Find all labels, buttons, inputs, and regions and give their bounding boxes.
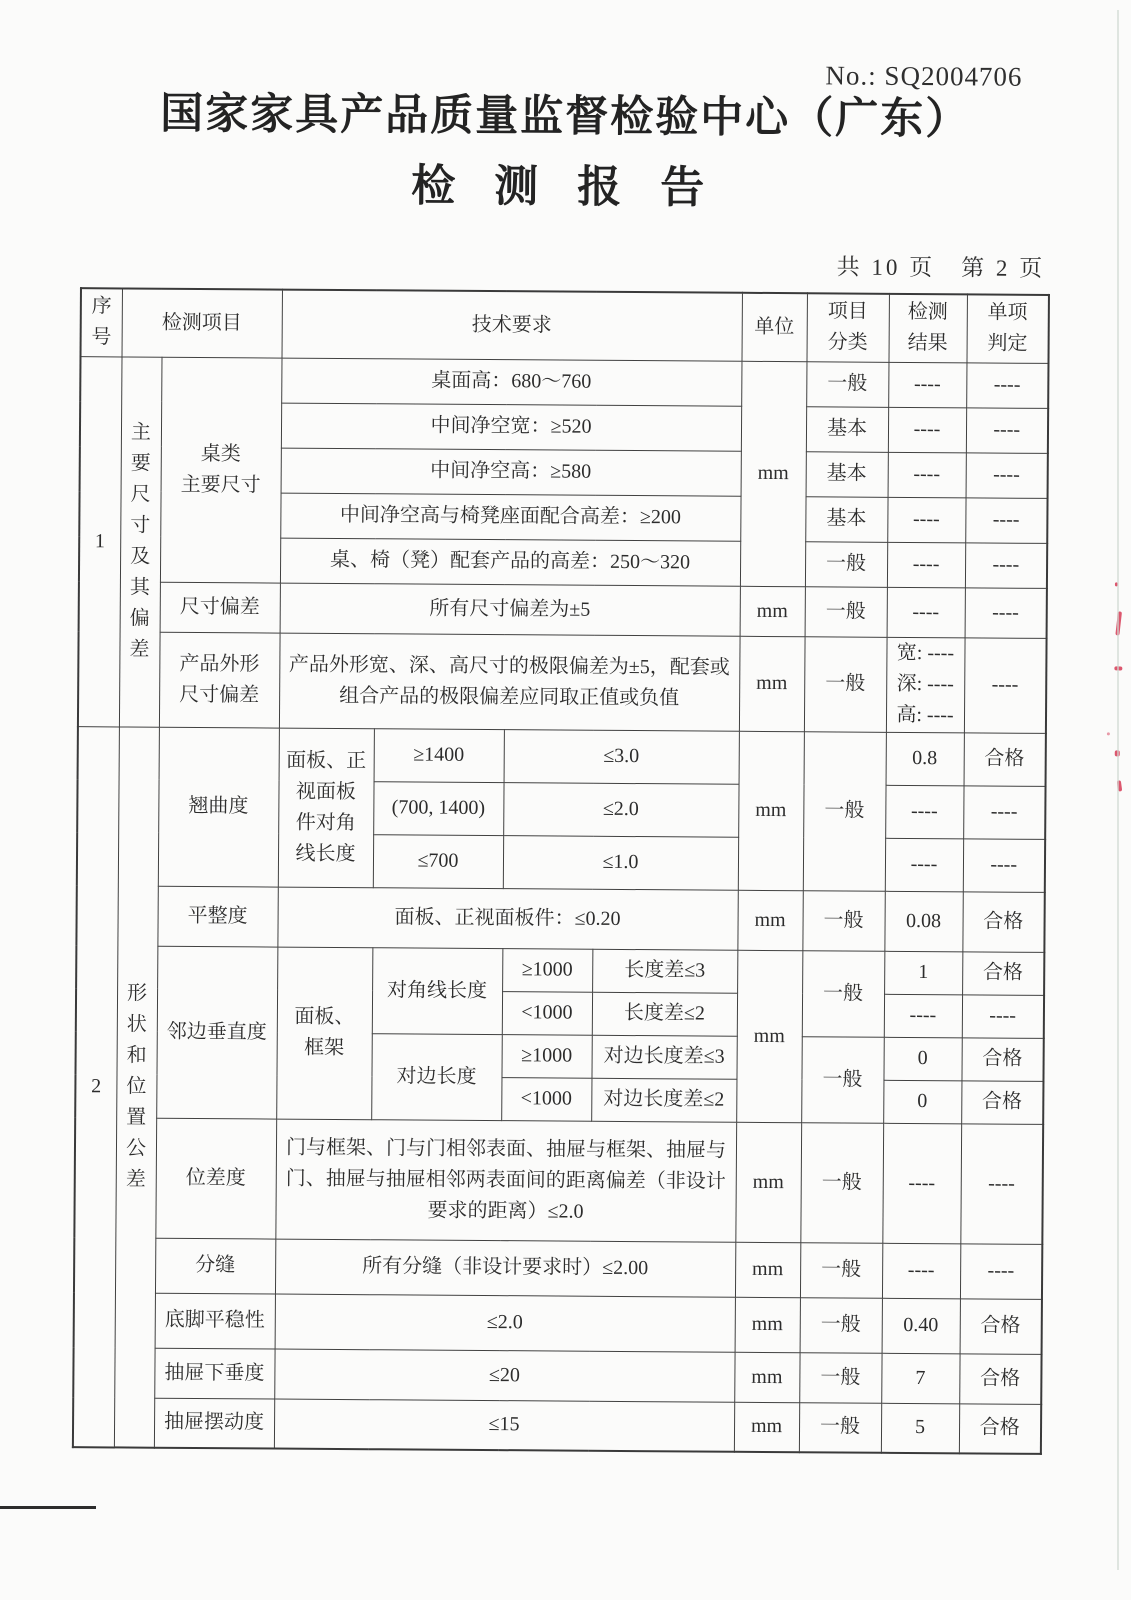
verdict-cell: ---- <box>962 994 1044 1038</box>
sub-label: 面板、 框架 <box>276 947 372 1120</box>
unit-cell: mm <box>737 890 802 950</box>
req-text: 所有尺寸偏差为±5 <box>280 583 740 636</box>
header-req: 技术要求 <box>282 290 742 361</box>
result-cell: ---- <box>888 407 966 453</box>
result-cell: 0.08 <box>884 891 962 952</box>
req-text: 产品外形宽、深、高尺寸的极限偏差为±5，配套或 组合产品的极限偏差应同取正值或负… <box>279 633 740 731</box>
unit-cell: mm <box>735 1122 801 1242</box>
verdict-cell: ---- <box>966 407 1048 453</box>
result-cell: 1 <box>884 951 962 995</box>
item-label: 底脚平稳性 <box>155 1293 275 1349</box>
table-header-row: 序 号 检测项目 技术要求 单位 项目 分类 检测 结果 单项 判定 <box>81 288 1049 363</box>
verdict-cell: ---- <box>960 1123 1043 1244</box>
header-result: 检测 结果 <box>888 294 966 363</box>
class-cell: 一般 <box>800 1297 882 1353</box>
verdict-cell: ---- <box>965 542 1047 588</box>
req-range: ≥1400 <box>374 728 504 782</box>
item-label: 邻边垂直度 <box>156 946 277 1119</box>
class-cell: 一般 <box>801 1036 884 1123</box>
req-text: ≤15 <box>274 1399 734 1452</box>
verdict-cell: ---- <box>966 452 1048 498</box>
table-row: 2 形 状 和 位 置 公 差 翘曲度 面板、正 视面板 件对角 线长度 ≥14… <box>78 726 1046 786</box>
class-cell: 一般 <box>804 636 887 732</box>
page-info: 共 10 页 第 2 页 <box>837 248 1046 282</box>
item-label: 抽屉摆动度 <box>154 1398 274 1449</box>
req-range: <1000 <box>501 1077 591 1121</box>
verdict-cell: ---- <box>965 587 1047 638</box>
item-label: 位差度 <box>155 1118 276 1239</box>
req-limit: 对边长度差≤2 <box>591 1078 736 1122</box>
red-pen-mark <box>1107 732 1110 735</box>
table-row: 产品外形 尺寸偏差 产品外形宽、深、高尺寸的极限偏差为±5，配套或 组合产品的极… <box>78 631 1047 733</box>
req-range: ≥1000 <box>501 1034 591 1078</box>
class-cell: 一般 <box>799 1352 881 1403</box>
result-cell: ---- <box>888 452 966 498</box>
category-label: 形 状 和 位 置 公 差 <box>114 726 159 1447</box>
verdict-cell: ---- <box>964 637 1047 733</box>
req-text: 面板、正视面板件：≤0.20 <box>277 887 737 950</box>
scanned-page: No.: SQ2004706 国家家具产品质量监督检验中心（广东） 检 测 报 … <box>0 0 1131 1600</box>
result-cell: ---- <box>887 542 965 588</box>
req-limit: 长度差≤3 <box>592 949 737 993</box>
unit-cell: mm <box>734 1402 799 1452</box>
org-title: 国家家具产品质量监督检验中心（广东） <box>81 79 1049 147</box>
verdict-cell: ---- <box>960 1243 1042 1299</box>
result-cell: 0 <box>883 1037 961 1081</box>
class-cell: 一般 <box>805 541 887 587</box>
verdict-cell: 合格 <box>964 732 1046 786</box>
class-cell: 一般 <box>799 1402 881 1453</box>
class-cell: 一般 <box>800 1122 883 1243</box>
result-cell: 0.8 <box>886 732 964 786</box>
class-cell: 一般 <box>805 586 887 637</box>
scan-edge-line <box>1117 10 1119 1570</box>
sub-label: 面板、正 视面板 件对角 线长度 <box>278 728 374 888</box>
unit-cell: mm <box>734 1352 799 1402</box>
table-row: 1 主 要 尺 寸 及 其 偏 差 桌类 主要尺寸 桌面高：680～760 mm… <box>80 356 1048 408</box>
item-label: 平整度 <box>157 886 277 947</box>
req-limit: ≤3.0 <box>504 729 739 784</box>
header-seq: 序 号 <box>81 288 122 356</box>
verdict-cell: ---- <box>966 362 1048 408</box>
req-text: 门与框架、门与门相邻表面、抽屉与框架、抽屉与 门、抽屉与抽屉相邻两表面间的距离偏… <box>275 1119 736 1242</box>
result-cell: 0.40 <box>882 1298 960 1354</box>
table-row: 抽屉下垂度 ≤20 mm 一般 7 合格 <box>73 1347 1041 1404</box>
unit-cell: mm <box>738 731 804 890</box>
result-cell: ---- <box>885 785 963 839</box>
result-cell: 0 <box>883 1080 961 1124</box>
result-cell: ---- <box>888 362 966 408</box>
unit-cell: mm <box>736 950 802 1122</box>
req-range: ≤700 <box>373 834 503 888</box>
class-cell: 基本 <box>806 451 888 497</box>
class-cell: 一般 <box>806 361 888 407</box>
item-label: 翘曲度 <box>158 727 279 887</box>
unit-cell: mm <box>740 361 807 586</box>
result-cell: ---- <box>887 497 965 543</box>
header-verdict: 单项 判定 <box>966 294 1048 363</box>
class-cell: 一般 <box>803 731 886 891</box>
verdict-cell: ---- <box>963 838 1045 892</box>
req-text: ≤20 <box>274 1349 734 1402</box>
req-limit: 长度差≤2 <box>592 992 737 1036</box>
verdict-cell: 合格 <box>962 951 1044 995</box>
scan-artifact-line <box>0 1506 96 1509</box>
verdict-cell: 合格 <box>960 1298 1042 1354</box>
unit-cell: mm <box>740 586 805 636</box>
sub-label: 对边长度 <box>371 1033 502 1120</box>
inspection-table: 序 号 检测项目 技术要求 单位 项目 分类 检测 结果 单项 判定 1 主 要… <box>72 287 1050 1455</box>
req-range: <1000 <box>502 991 592 1035</box>
table-row: 底脚平稳性 ≤2.0 mm 一般 0.40 合格 <box>74 1292 1042 1354</box>
result-cell: ---- <box>882 1123 961 1244</box>
req-range: (700, 1400) <box>373 781 503 835</box>
req-text: ≤2.0 <box>275 1294 735 1352</box>
unit-cell: mm <box>739 636 805 731</box>
verdict-cell: 合格 <box>961 1037 1043 1081</box>
seq-cell: 2 <box>73 726 119 1447</box>
table-row: 平整度 面板、正视面板件：≤0.20 mm 一般 0.08 合格 <box>76 885 1044 952</box>
table-row: 位差度 门与框架、门与门相邻表面、抽屉与框架、抽屉与 门、抽屉与抽屉相邻两表面间… <box>74 1117 1043 1244</box>
verdict-cell: ---- <box>965 497 1047 543</box>
result-cell: 宽: ---- 深: ---- 高: ---- <box>886 637 965 733</box>
seq-cell: 1 <box>78 356 122 726</box>
req-text: 中间净空高与椅凳座面配合高差：≥200 <box>280 493 740 541</box>
verdict-cell: ---- <box>963 785 1045 839</box>
class-cell: 基本 <box>805 496 887 542</box>
req-text: 桌面高：680～760 <box>281 358 741 406</box>
req-range: ≥1000 <box>502 948 592 992</box>
header-unit: 单位 <box>741 293 806 361</box>
result-cell: ---- <box>887 587 965 638</box>
req-limit: ≤2.0 <box>503 782 738 837</box>
page-title: 检 测 报 告 <box>81 147 1049 218</box>
table-row: 邻边垂直度 面板、 框架 对角线长度 ≥1000 长度差≤3 mm 一般 1 合… <box>76 945 1044 995</box>
req-text: 桌、椅（凳）配套产品的高差：250～320 <box>280 538 740 586</box>
class-cell: 一般 <box>802 890 884 951</box>
req-text: 中间净空高：≥580 <box>281 448 741 496</box>
category-label: 主 要 尺 寸 及 其 偏 差 <box>119 356 162 726</box>
header-item: 检测项目 <box>122 288 282 357</box>
item-label: 分缝 <box>155 1238 275 1294</box>
unit-cell: mm <box>735 1297 800 1352</box>
table-row: 尺寸偏差 所有尺寸偏差为±5 mm 一般 ---- ---- <box>79 581 1047 638</box>
unit-cell: mm <box>735 1242 800 1297</box>
req-limit: ≤1.0 <box>503 835 738 890</box>
class-cell: 基本 <box>806 406 888 452</box>
result-cell: ---- <box>882 1243 960 1299</box>
result-cell: ---- <box>885 838 963 892</box>
req-text: 中间净空宽：≥520 <box>281 403 741 451</box>
item-label: 桌类 主要尺寸 <box>160 357 282 583</box>
verdict-cell: 合格 <box>959 1353 1041 1404</box>
verdict-cell: 合格 <box>961 1080 1043 1124</box>
req-limit: 对边长度差≤3 <box>591 1035 736 1079</box>
item-label: 抽屉下垂度 <box>154 1348 274 1399</box>
verdict-cell: 合格 <box>962 891 1044 952</box>
result-cell: ---- <box>884 994 962 1038</box>
result-cell: 7 <box>881 1353 959 1404</box>
verdict-cell: 合格 <box>959 1403 1041 1454</box>
table-row: 抽屉摆动度 ≤15 mm 一般 5 合格 <box>73 1397 1041 1454</box>
class-cell: 一般 <box>802 950 885 1037</box>
table-row: 分缝 所有分缝（非设计要求时）≤2.00 mm 一般 ---- ---- <box>74 1237 1042 1299</box>
req-text: 所有分缝（非设计要求时）≤2.00 <box>275 1239 735 1297</box>
class-cell: 一般 <box>800 1242 882 1298</box>
result-cell: 5 <box>881 1403 959 1454</box>
item-label: 尺寸偏差 <box>160 582 280 633</box>
sub-label: 对角线长度 <box>372 947 503 1034</box>
header-class: 项目 分类 <box>806 293 888 362</box>
item-label: 产品外形 尺寸偏差 <box>159 632 280 728</box>
